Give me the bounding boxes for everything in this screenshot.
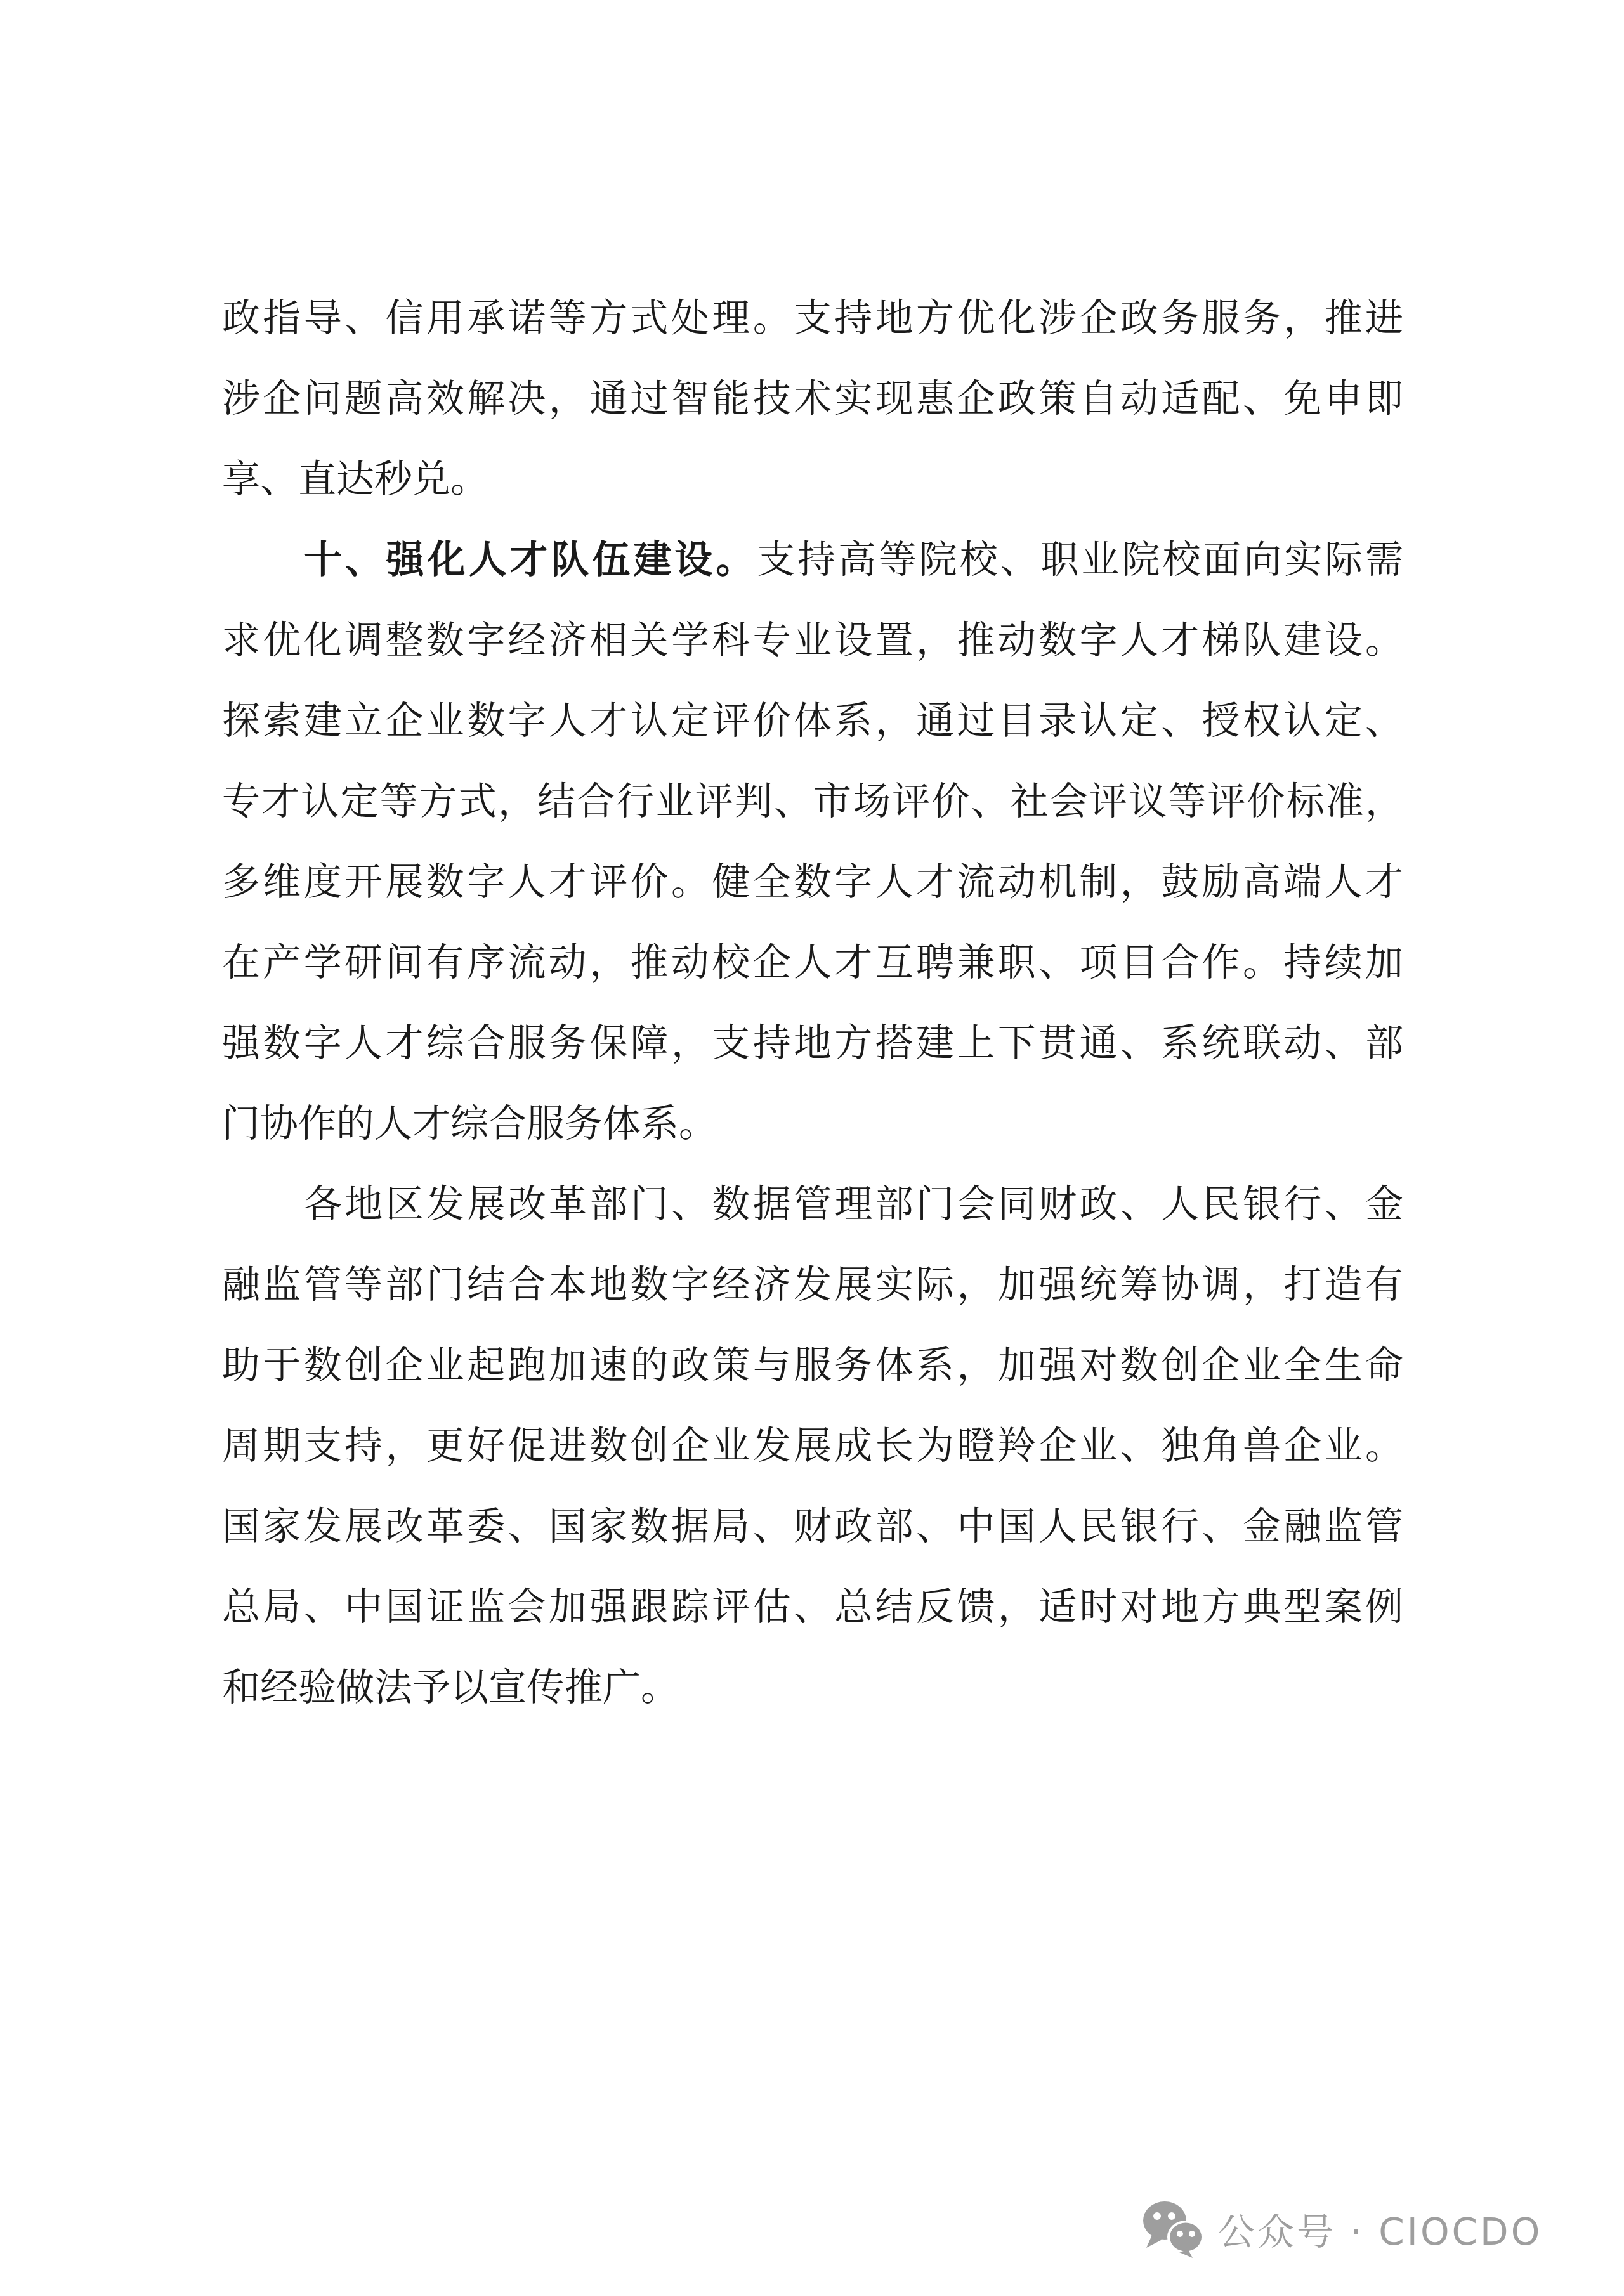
text-line: 助于数创企业起跑加速的政策与服务体系，加强对数创企业全生命 [222,1326,1403,1406]
text-line: 总局、中国证监会加强跟踪评估、总结反馈，适时对地方典型案例 [222,1567,1403,1648]
watermark-label: 公众号 · CIOCDO [1218,2202,1542,2255]
document-page: 政指导、信用承诺等方式处理。支持地方优化涉企政务服务，推进 涉企问题高效解决，通… [0,0,1624,2296]
text-line-segment: 支持高等院校、职业院校面向实际需 [757,538,1403,582]
text-line: 国家发展改革委、国家数据局、财政部、中国人民银行、金融监管 [222,1487,1403,1567]
text-line: 涉企问题高效解决，通过智能技术实现惠企政策自动适配、免申即 [222,359,1403,440]
text-line: 政指导、信用承诺等方式处理。支持地方优化涉企政务服务，推进 [222,278,1403,359]
wechat-icon [1142,2200,1205,2258]
text-line: 融监管等部门结合本地数字经济发展实际，加强统筹协调，打造有 [222,1245,1403,1326]
text-line: 十、强化人才队伍建设。支持高等院校、职业院校面向实际需 [222,520,1403,601]
text-line: 专才认定等方式，结合行业评判、市场评价、社会评议等评价标准， [222,762,1403,842]
text-line: 各地区发展改革部门、数据管理部门会同财政、人民银行、金 [222,1164,1403,1245]
text-line: 多维度开展数字人才评价。健全数字人才流动机制，鼓励高端人才 [222,842,1403,923]
text-line: 门协作的人才综合服务体系。 [222,1084,1403,1164]
text-line: 享、直达秒兑。 [222,440,1403,520]
text-line: 强数字人才综合服务保障，支持地方搭建上下贯通、系统联动、部 [222,1003,1403,1084]
text-line: 周期支持，更好促进数创企业发展成长为瞪羚企业、独角兽企业。 [222,1406,1403,1487]
watermark: 公众号 · CIOCDO [1142,2200,1542,2258]
text-line: 探索建立企业数字人才认定评价体系，通过目录认定、授权认定、 [222,681,1403,762]
text-line: 在产学研间有序流动，推动校企人才互聘兼职、项目合作。持续加 [222,923,1403,1003]
text-line: 和经验做法予以宣传推广。 [222,1648,1403,1728]
section-heading: 十、强化人才队伍建设。 [304,538,757,582]
text-line: 求优化调整数字经济相关学科专业设置，推动数字人才梯队建设。 [222,601,1403,681]
document-text-block: 政指导、信用承诺等方式处理。支持地方优化涉企政务服务，推进 涉企问题高效解决，通… [222,278,1403,1728]
